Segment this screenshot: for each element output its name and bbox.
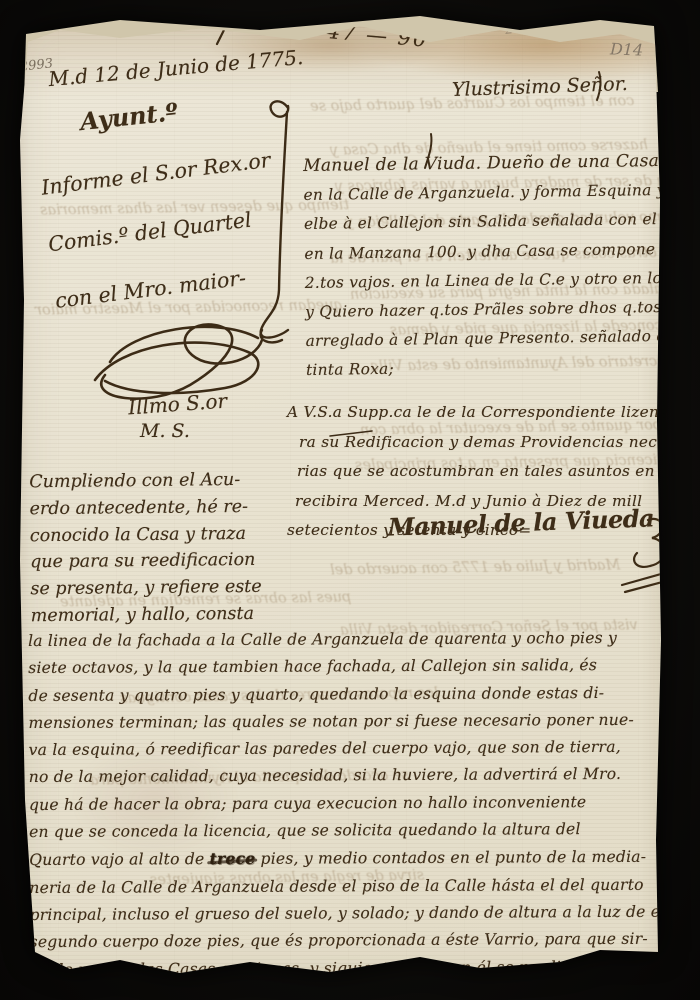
petition-line: tinta Roxa; <box>306 350 700 385</box>
body-line-corrected: Quarto vajo al alto de trece pies, y med… <box>29 843 684 875</box>
corner-folio-mark: D14 <box>610 39 644 59</box>
salutation-ms: M. S. <box>140 420 190 442</box>
body-line: que há de hacer la obra; para cuya execu… <box>29 788 684 819</box>
request-line: rias que se acostumbran en tales asuntos… <box>287 457 700 487</box>
body-line: principal, incluso el grueso del suelo, … <box>29 899 684 930</box>
report-line: se presenta, y refiere este <box>30 574 262 603</box>
petition-salutation: Ylustrisimo Señor. <box>452 73 628 101</box>
council-abbreviation: Ayunt.º <box>79 97 179 136</box>
report-line: erdo antecedente, hé re- <box>29 494 261 523</box>
body-line: va la esquina, ó reedificar las paredes … <box>29 734 684 765</box>
petition-line: arreglado à el Plan que Presento. señala… <box>305 321 700 356</box>
body-line: segundo cuerpo doze pies, que és proporc… <box>30 926 685 957</box>
margin-decree: Informe el S.or Rex.or Comis.º del Quart… <box>38 132 288 330</box>
decree-rubric <box>95 324 262 398</box>
margin-report-column: Cumpliendo con el Acu- erdo antecedente,… <box>29 467 262 630</box>
body-line-post: pies, y medio contados en el punto de la… <box>255 848 646 868</box>
body-line: mensiones terminan; las quales se notan … <box>28 706 683 737</box>
body-line: no de la mejor calidad, cuya necesidad, … <box>29 761 684 792</box>
request-line: ra su Redificacion y demas Providencias … <box>287 428 700 458</box>
report-body: la linea de la fachada a la Calle de Arg… <box>28 625 685 984</box>
report-line: Cumpliendo con el Acu- <box>29 467 261 496</box>
body-line: la linea de la fachada a la Calle de Arg… <box>28 625 683 656</box>
manuscript-scan: con el tiempo los Cuartos del quarto baj… <box>0 0 700 1000</box>
body-line: en que se conceda la licencia, que se so… <box>29 816 684 847</box>
salutation-illmo: Illmo S.or <box>127 389 227 420</box>
petition-body: Manuel de la Viuda. Dueño de una Casa si… <box>303 146 700 386</box>
report-line: conocido la Casa y traza <box>30 520 262 549</box>
report-line: memorial, y hallo, consta <box>31 601 263 630</box>
body-line-pre: Quarto vajo al alto de <box>29 850 209 869</box>
body-line: de sesenta y quatro pies y quarto, queda… <box>28 679 683 710</box>
body-line: va de regla a las Casas contiguas, y sig… <box>30 953 685 984</box>
request-line: A V.S.a Supp.ca le de la Correspondiente… <box>287 398 700 428</box>
overwritten-word: trece <box>210 849 256 868</box>
body-line: neria de la Calle de Arganzuela desde el… <box>29 871 684 902</box>
body-line: siete octavos, y la que tambien hace fac… <box>28 652 683 683</box>
date-line: M.d 12 de Junio de 1775. <box>47 45 304 91</box>
paper-sheet: con el tiempo los Cuartos del quarto baj… <box>0 0 700 1000</box>
report-line: que para su reedificacion <box>30 547 262 576</box>
bleedthrough-line: Madrid y Julio de 1775 con acuerdo del <box>330 557 621 578</box>
